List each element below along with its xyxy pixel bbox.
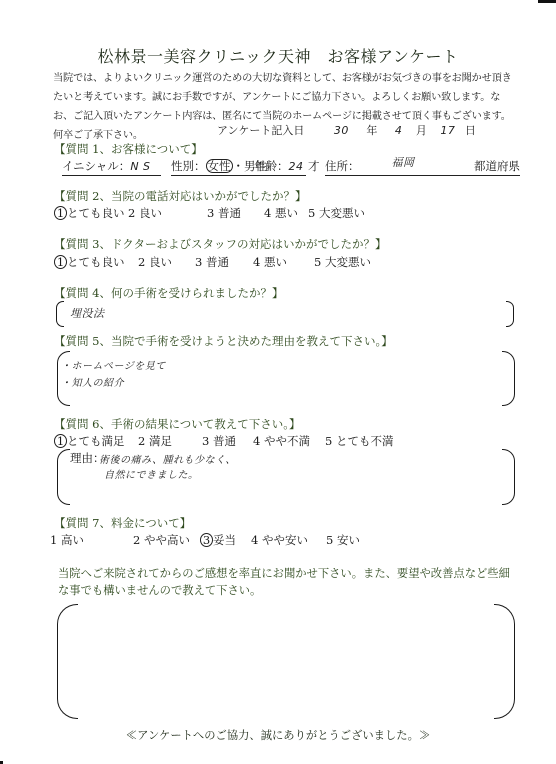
bracket-left	[56, 301, 64, 327]
age-unit: 才	[308, 158, 320, 174]
q2-option-4[interactable]: 4 悪い	[264, 205, 298, 221]
q2-option-3[interactable]: 3 普通	[207, 205, 241, 221]
date-year-field[interactable]: 30	[334, 124, 349, 137]
q2-option-1-selected[interactable]: 1とても良い	[54, 205, 125, 221]
scan-mark-top-right	[538, 0, 556, 3]
question-7-heading: 【質問 7、料金について】	[54, 515, 191, 531]
question-1-heading: 【質問 1、お客様について】	[54, 141, 203, 157]
q7-option-1[interactable]: 1 高い	[50, 532, 84, 548]
q6-reason-box[interactable]: 理由： 術後の痛み、腫れも少なく、 自然にできました。	[57, 449, 515, 505]
q2-option-2[interactable]: 2 良い	[128, 205, 162, 221]
q6-reason-line-1: 術後の痛み、腫れも少なく、	[99, 451, 236, 466]
q7-option-2[interactable]: 2 やや高い	[133, 532, 190, 548]
day-unit: 日	[465, 124, 476, 137]
q6-reason-line-2: 自然にできました。	[104, 466, 199, 481]
q3-option-4[interactable]: 4 悪い	[253, 254, 287, 270]
survey-date-row: アンケート記入日 30 年 4 月 17 日	[217, 122, 476, 138]
q5-answer-line-1: ・ホームページを見て	[61, 357, 166, 372]
age-field[interactable]: 年齢：24	[254, 158, 306, 176]
q3-option-3[interactable]: 3 普通	[195, 254, 229, 270]
q5-answer-line-2: ・知人の紹介	[61, 374, 124, 389]
question-6-heading: 【質問 6、手術の結果について教えて下さい。】	[54, 416, 301, 432]
q6-option-4[interactable]: 4 やや不満	[253, 433, 310, 449]
age-label: 年齢：	[254, 159, 289, 173]
q3-option-2[interactable]: 2 良い	[138, 254, 172, 270]
address-field[interactable]: 住所：福岡 都道府県	[325, 158, 520, 176]
gender-female-option-selected[interactable]: 女性	[206, 159, 233, 173]
bracket-right	[502, 449, 515, 505]
bracket-left	[57, 449, 70, 505]
age-value: 24	[289, 160, 304, 173]
question-2-heading: 【質問 2、当院の電話対応はいかがでしたか？】	[54, 188, 306, 204]
q7-option-4[interactable]: 4 やや安い	[251, 532, 308, 548]
question-7-options: 1 高い 2 やや高い 3妥当 4 やや安い 5 安い	[50, 532, 490, 548]
bracket-right	[502, 351, 515, 406]
bracket-left	[57, 604, 78, 719]
gender-field: 性別：女性・男性	[171, 158, 267, 176]
bracket-right	[494, 604, 515, 719]
bracket-right	[506, 301, 514, 327]
month-unit: 月	[416, 124, 427, 137]
q6-option-3[interactable]: 3 普通	[202, 433, 236, 449]
address-label: 住所：	[325, 159, 360, 173]
date-month-field[interactable]: 4	[395, 124, 403, 137]
gender-label: 性別：	[171, 159, 206, 173]
question-1-fields: イニシャル：N S 性別：女性・男性 年齢：24 才 住所：福岡 都道府県	[62, 158, 502, 176]
question-3-options: 1とても良い 2 良い 3 普通 4 悪い 5 大変悪い	[54, 254, 494, 270]
q3-option-1-selected[interactable]: 1とても良い	[54, 254, 125, 270]
question-4-heading: 【質問 4、何の手術を受けられましたか？】	[54, 285, 283, 301]
date-label: アンケート記入日	[217, 124, 304, 137]
question-2-options: 1とても良い 2 良い 3 普通 4 悪い 5 大変悪い	[54, 205, 494, 221]
q6-option-5[interactable]: 5 とても不満	[325, 433, 393, 449]
year-unit: 年	[366, 124, 377, 137]
q6-option-2[interactable]: 2 満足	[138, 433, 172, 449]
thank-you-footer: ≪アンケートへのご協力、誠にありがとうございました。≫	[0, 727, 556, 743]
q6-option-1-selected[interactable]: 1とても満足	[54, 433, 125, 449]
q7-option-5[interactable]: 5 安い	[326, 532, 360, 548]
q7-option-3-selected[interactable]: 3妥当	[200, 532, 236, 548]
initials-value: N S	[130, 160, 150, 173]
question-3-heading: 【質問 3、ドクターおよびスタッフの対応はいかがでしたか？】	[54, 236, 387, 252]
address-value: 福岡	[392, 156, 415, 169]
comments-prompt: 当院へご来院されてからのご感想を率直にお聞かせ下さい。また、要望や改善点など些細…	[58, 565, 518, 599]
q4-answer-box[interactable]: 埋没法	[56, 301, 514, 327]
initials-label: イニシャル：	[62, 159, 130, 173]
date-day-field[interactable]: 17	[440, 124, 455, 137]
question-5-heading: 【質問 5、当院で手術を受けようと決めた理由を教えて下さい。】	[54, 333, 393, 349]
q3-option-5[interactable]: 5 大変悪い	[314, 254, 371, 270]
q4-answer-text: 埋没法	[70, 305, 105, 321]
comments-box[interactable]	[57, 604, 515, 719]
q5-answer-box[interactable]: ・ホームページを見て ・知人の紹介	[57, 351, 515, 406]
question-6-options: 1とても満足 2 満足 3 普通 4 やや不満 5 とても不満	[54, 433, 494, 449]
page-title: 松林景一美容クリニック天神 お客様アンケート	[0, 44, 556, 67]
address-unit: 都道府県	[474, 158, 520, 174]
initials-field[interactable]: イニシャル：N S	[62, 158, 161, 176]
q2-option-5[interactable]: 5 大変悪い	[308, 205, 365, 221]
